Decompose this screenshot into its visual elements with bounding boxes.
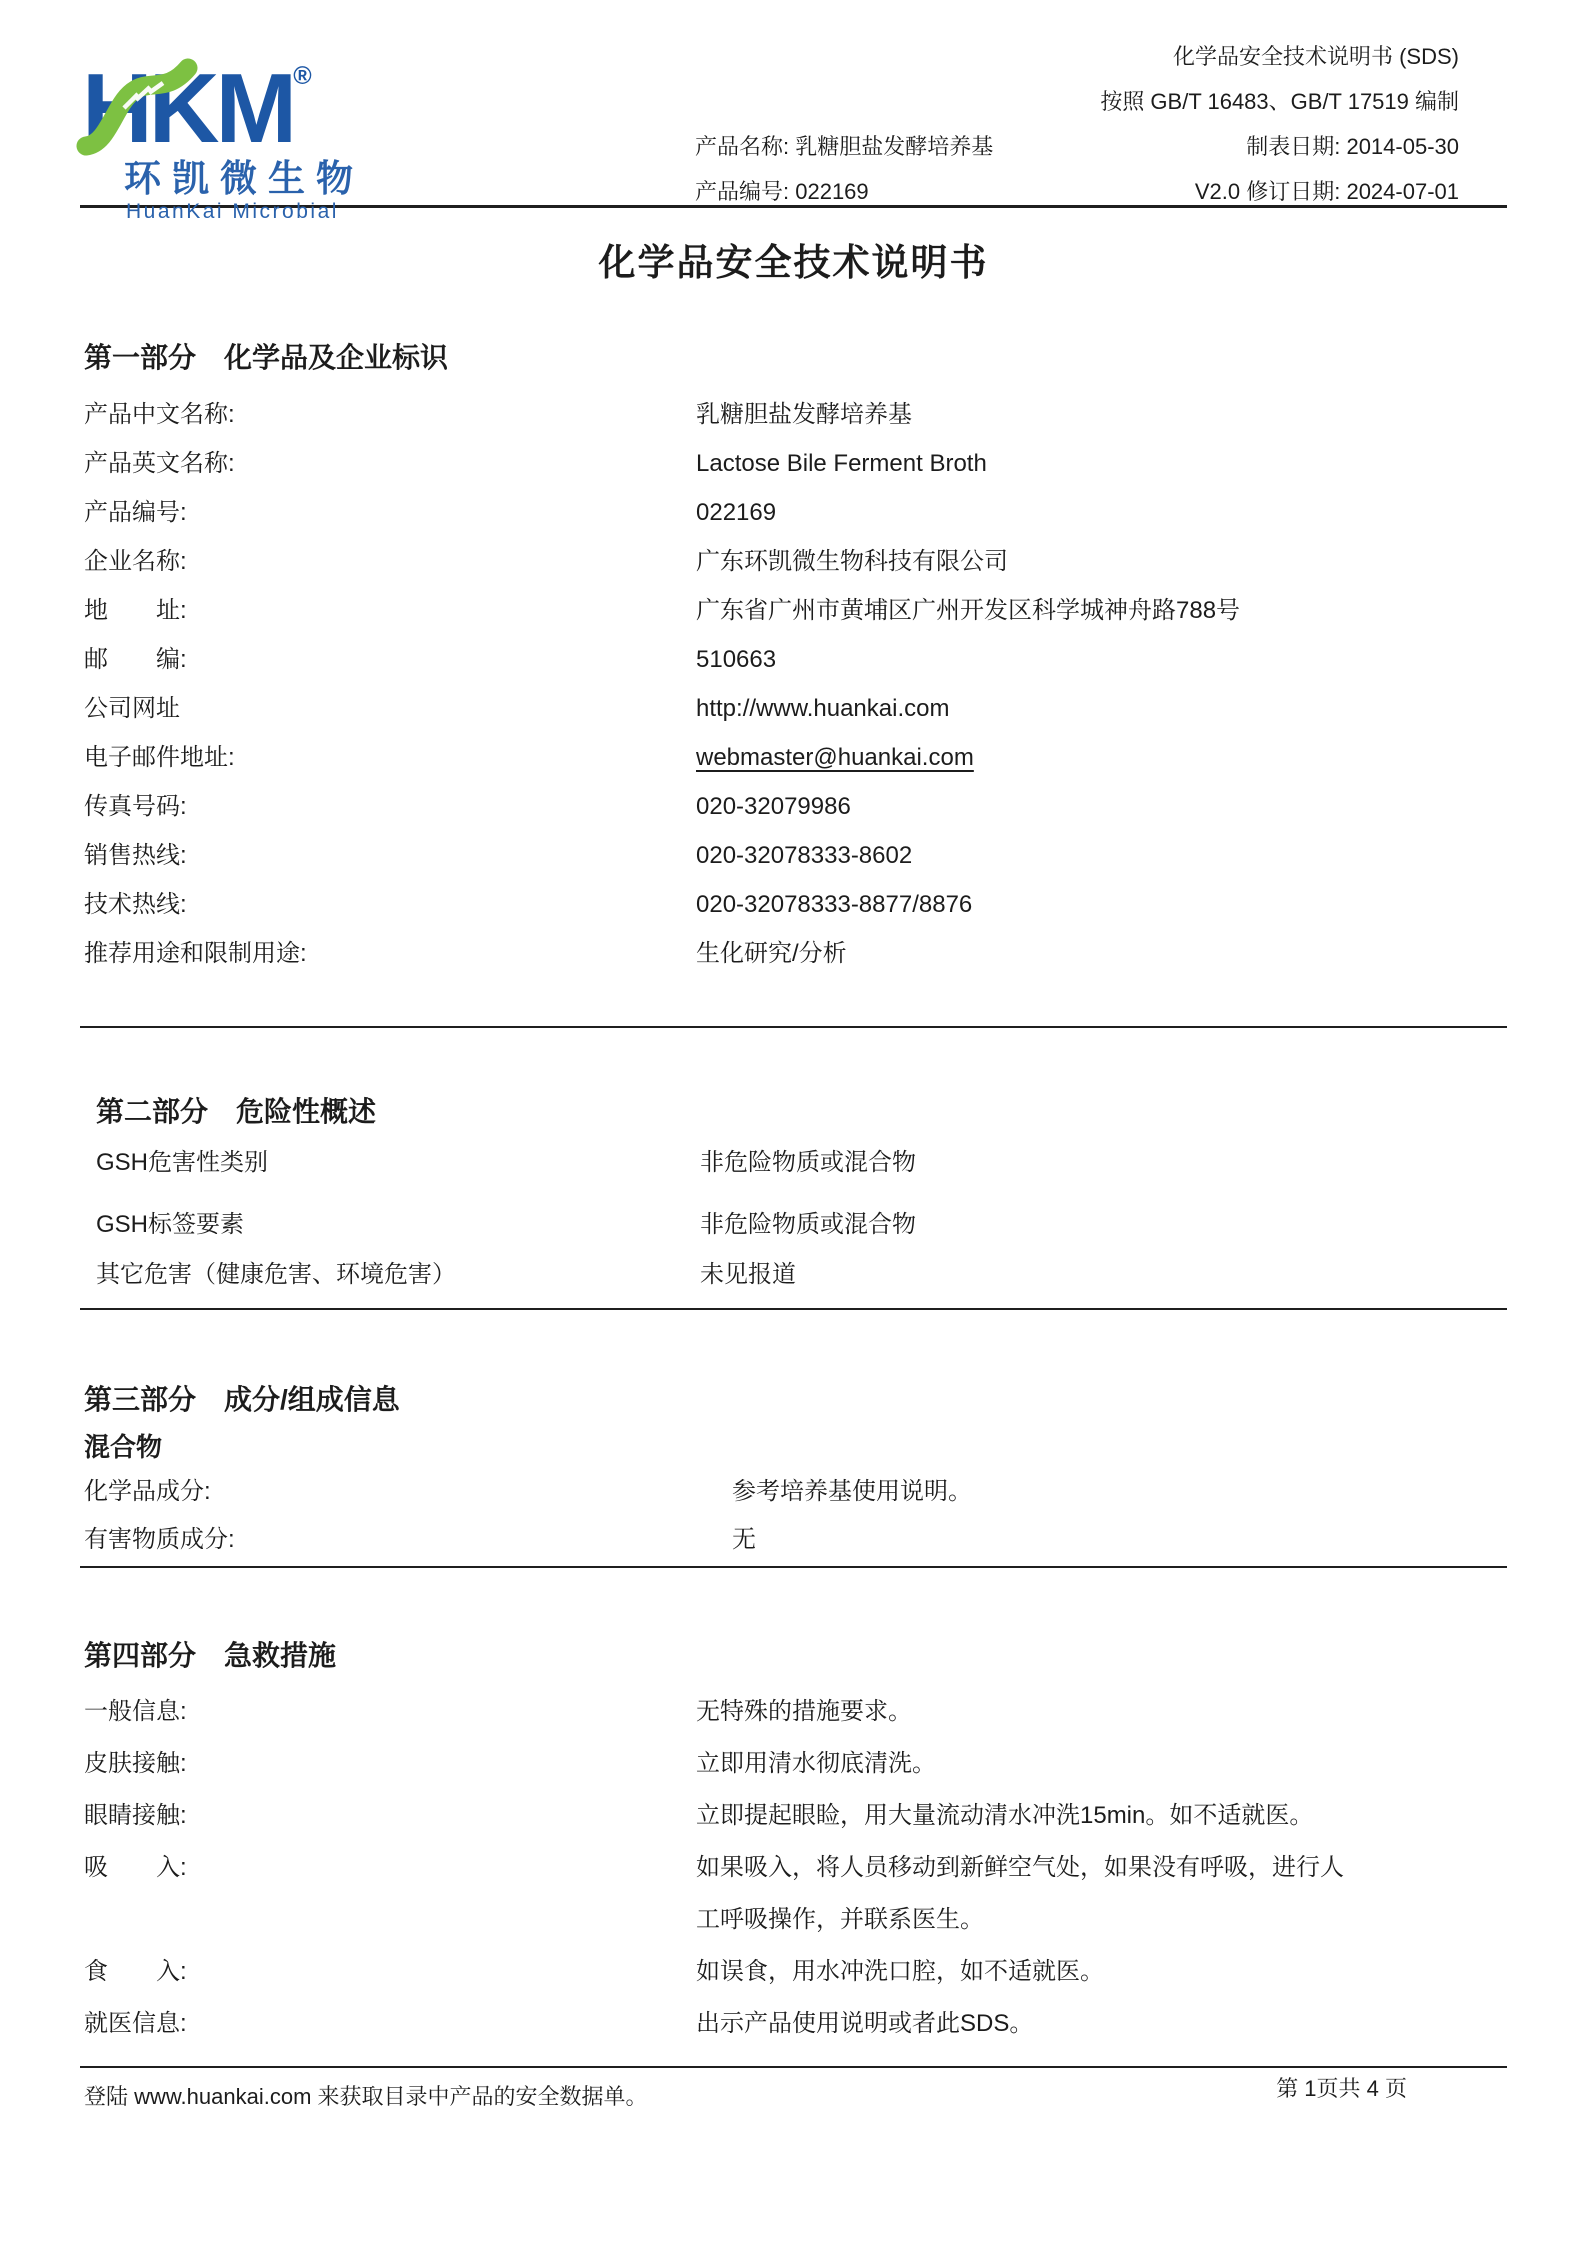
section-first-aid: 第四部分 急救措施 一般信息:无特殊的措施要求。 皮肤接触:立即用清水彻底清洗。… — [80, 1568, 1507, 2050]
field-value: Lactose Bile Ferment Broth — [696, 439, 1507, 488]
field-value: 020-32079986 — [696, 782, 1507, 831]
page-title: 化学品安全技术说明书 — [0, 240, 1587, 286]
row-address: 地 址:广东省广州市黄埔区广州开发区科学城神舟路788号 — [84, 586, 1507, 635]
product-code-value: 022169 — [795, 179, 868, 204]
field-label: 其它危害（健康危害、环境危害） — [96, 1250, 700, 1300]
field-value: 广东环凯微生物科技有限公司 — [696, 537, 1507, 586]
row-eye-contact: 眼睛接触:立即提起眼睑，用大量流动清水冲洗15min。如不适就医。 — [84, 1790, 1507, 1842]
section-3-heading: 第三部分 成分/组成信息 — [80, 1310, 1507, 1418]
field-label: 食 入: — [84, 1946, 696, 1998]
field-label: 传真号码: — [84, 782, 696, 831]
page-header: HKM® 环凯微生物 HuanKai Microbial 化学品安全技术说明书 … — [80, 0, 1507, 208]
section-composition: 第三部分 成分/组成信息 混合物 化学品成分:参考培养基使用说明。 有害物质成分… — [80, 1310, 1507, 1568]
row-recommended-use: 推荐用途和限制用途:生化研究/分析 — [84, 929, 1507, 978]
field-label: 地 址: — [84, 586, 696, 635]
section-hazards: 第二部分 危险性概述 GSH危害性类别非危险物质或混合物 GSH标签要素非危险物… — [80, 1028, 1507, 1310]
field-label: 电子邮件地址: — [84, 733, 696, 782]
row-other-hazards: 其它危害（健康危害、环境危害）未见报道 — [96, 1250, 1507, 1300]
field-label: 吸 入: — [84, 1842, 696, 1894]
field-label: 就医信息: — [84, 1998, 696, 2050]
field-label: 企业名称: — [84, 537, 696, 586]
page-footer: 登陆 www.huankai.com 来获取目录中产品的安全数据单。 第 1页共… — [80, 2066, 1507, 2111]
field-label: 销售热线: — [84, 831, 696, 880]
field-label: 有害物质成分: — [84, 1516, 696, 1564]
revision-date: V2.0 修订日期: 2024-07-01 — [1195, 169, 1459, 214]
row-general-info: 一般信息:无特殊的措施要求。 — [84, 1686, 1507, 1738]
footer-note: 登陆 www.huankai.com 来获取目录中产品的安全数据单。 — [80, 2080, 648, 2111]
row-website: 公司网址http://www.huankai.com — [84, 684, 1507, 733]
field-value: 出示产品使用说明或者此SDS。 — [696, 1998, 1507, 2050]
field-value: 乳糖胆盐发酵培养基 — [696, 390, 1507, 439]
row-postcode: 邮 编:510663 — [84, 635, 1507, 684]
field-label: GSH标签要素 — [96, 1200, 700, 1250]
row-product-en-name: 产品英文名称:Lactose Bile Ferment Broth — [84, 439, 1507, 488]
row-fax: 传真号码:020-32079986 — [84, 782, 1507, 831]
product-name: 产品名称: 乳糖胆盐发酵培养基 — [695, 124, 993, 169]
row-gsh-hazard-class: GSH危害性类别非危险物质或混合物 — [96, 1138, 1507, 1188]
email-link[interactable]: webmaster@huankai.com — [696, 733, 1507, 782]
row-tech-hotline: 技术热线:020-32078333-8877/8876 — [84, 880, 1507, 929]
field-value: 广东省广州市黄埔区广州开发区科学城神舟路788号 — [696, 586, 1507, 635]
field-value: 非危险物质或混合物 — [700, 1200, 1507, 1250]
row-ingestion: 食 入:如误食，用水冲洗口腔，如不适就医。 — [84, 1946, 1507, 1998]
header-document-info: 化学品安全技术说明书 (SDS) 按照 GB/T 16483、GB/T 1751… — [695, 26, 1507, 205]
company-logo: HKM® 环凯微生物 HuanKai Microbial — [80, 26, 440, 205]
section-2-heading: 第二部分 危险性概述 — [92, 1028, 1507, 1130]
row-email: 电子邮件地址:webmaster@huankai.com — [84, 733, 1507, 782]
product-name-value: 乳糖胆盐发酵培养基 — [795, 134, 993, 159]
field-label: 产品编号: — [84, 488, 696, 537]
field-value: 如果吸入，将人员移动到新鲜空气处，如果没有呼吸，进行人 工呼吸操作，并联系医生。 — [696, 1842, 1507, 1946]
website-link[interactable]: http://www.huankai.com — [696, 684, 1507, 733]
field-label: GSH危害性类别 — [96, 1138, 700, 1188]
section-4-heading: 第四部分 急救措施 — [80, 1568, 1507, 1674]
field-value: 生化研究/分析 — [696, 929, 1507, 978]
field-label: 技术热线: — [84, 880, 696, 929]
document-type: 化学品安全技术说明书 (SDS) — [695, 34, 1459, 79]
row-product-cn-name: 产品中文名称:乳糖胆盐发酵培养基 — [84, 390, 1507, 439]
row-gsh-label-elements: GSH标签要素非危险物质或混合物 — [96, 1200, 1507, 1250]
field-value: 无 — [696, 1516, 1507, 1564]
field-value: 020-32078333-8602 — [696, 831, 1507, 880]
field-value: 未见报道 — [700, 1250, 1507, 1300]
compilation-standard: 按照 GB/T 16483、GB/T 17519 编制 — [695, 79, 1459, 124]
field-label: 产品中文名称: — [84, 390, 696, 439]
field-value: 立即用清水彻底清洗。 — [696, 1738, 1507, 1790]
mixture-subheading: 混合物 — [80, 1428, 1507, 1466]
row-medical-info: 就医信息:出示产品使用说明或者此SDS。 — [84, 1998, 1507, 2050]
revision-date-value: 2024-07-01 — [1346, 179, 1459, 204]
product-code-label: 产品编号: — [695, 179, 795, 204]
field-value: 无特殊的措施要求。 — [696, 1686, 1507, 1738]
field-label: 产品英文名称: — [84, 439, 696, 488]
field-label: 推荐用途和限制用途: — [84, 929, 696, 978]
section-identification: 第一部分 化学品及企业标识 产品中文名称:乳糖胆盐发酵培养基 产品英文名称:La… — [80, 286, 1507, 1028]
created-date-label: 制表日期: — [1246, 134, 1346, 159]
logo-wordmark: HKM® — [82, 26, 312, 158]
logo-name-chinese: 环凯微生物 — [124, 159, 440, 199]
row-skin-contact: 皮肤接触:立即用清水彻底清洗。 — [84, 1738, 1507, 1790]
field-label: 化学品成分: — [84, 1468, 696, 1516]
row-company-name: 企业名称:广东环凯微生物科技有限公司 — [84, 537, 1507, 586]
field-label: 邮 编: — [84, 635, 696, 684]
section-4-rows: 一般信息:无特殊的措施要求。 皮肤接触:立即用清水彻底清洗。 眼睛接触:立即提起… — [80, 1686, 1507, 2050]
field-value: 如误食，用水冲洗口腔，如不适就医。 — [696, 1946, 1507, 1998]
row-product-code: 产品编号:022169 — [84, 488, 1507, 537]
field-value: 立即提起眼睑，用大量流动清水冲洗15min。如不适就医。 — [696, 1790, 1507, 1842]
header-row-product-code: 产品编号: 022169 V2.0 修订日期: 2024-07-01 — [695, 169, 1459, 214]
section-3-rows: 化学品成分:参考培养基使用说明。 有害物质成分:无 — [80, 1468, 1507, 1564]
section-2-rows: GSH危害性类别非危险物质或混合物 GSH标签要素非危险物质或混合物 其它危害（… — [92, 1138, 1507, 1300]
created-date-value: 2014-05-30 — [1346, 134, 1459, 159]
field-label: 皮肤接触: — [84, 1738, 696, 1790]
field-value: 022169 — [696, 488, 1507, 537]
created-date: 制表日期: 2014-05-30 — [1246, 124, 1459, 169]
row-inhalation: 吸 入:如果吸入，将人员移动到新鲜空气处，如果没有呼吸，进行人 工呼吸操作，并联… — [84, 1842, 1507, 1946]
section-1-heading: 第一部分 化学品及企业标识 — [80, 286, 1507, 376]
field-label: 公司网址 — [84, 684, 696, 733]
section-1-rows: 产品中文名称:乳糖胆盐发酵培养基 产品英文名称:Lactose Bile Fer… — [80, 390, 1507, 978]
logo-text: HKM — [82, 53, 293, 163]
row-chemical-composition: 化学品成分:参考培养基使用说明。 — [84, 1468, 1507, 1516]
revision-date-label: V2.0 修订日期: — [1195, 179, 1347, 204]
field-value: 510663 — [696, 635, 1507, 684]
row-sales-hotline: 销售热线:020-32078333-8602 — [84, 831, 1507, 880]
logo-name-english: HuanKai Microbial — [126, 200, 440, 224]
field-value: 020-32078333-8877/8876 — [696, 880, 1507, 929]
sds-page: HKM® 环凯微生物 HuanKai Microbial 化学品安全技术说明书 … — [0, 0, 1587, 2050]
header-row-product-name: 产品名称: 乳糖胆盐发酵培养基 制表日期: 2014-05-30 — [695, 124, 1459, 169]
product-code: 产品编号: 022169 — [695, 169, 869, 214]
field-label: 一般信息: — [84, 1686, 696, 1738]
page-number: 第 1页共 4 页 — [1276, 2072, 1507, 2103]
registered-trademark-icon: ® — [293, 62, 311, 90]
field-label: 眼睛接触: — [84, 1790, 696, 1842]
row-hazardous-components: 有害物质成分:无 — [84, 1516, 1507, 1564]
field-value: 非危险物质或混合物 — [700, 1138, 1507, 1188]
product-name-label: 产品名称: — [695, 134, 795, 159]
field-value: 参考培养基使用说明。 — [696, 1468, 1507, 1516]
